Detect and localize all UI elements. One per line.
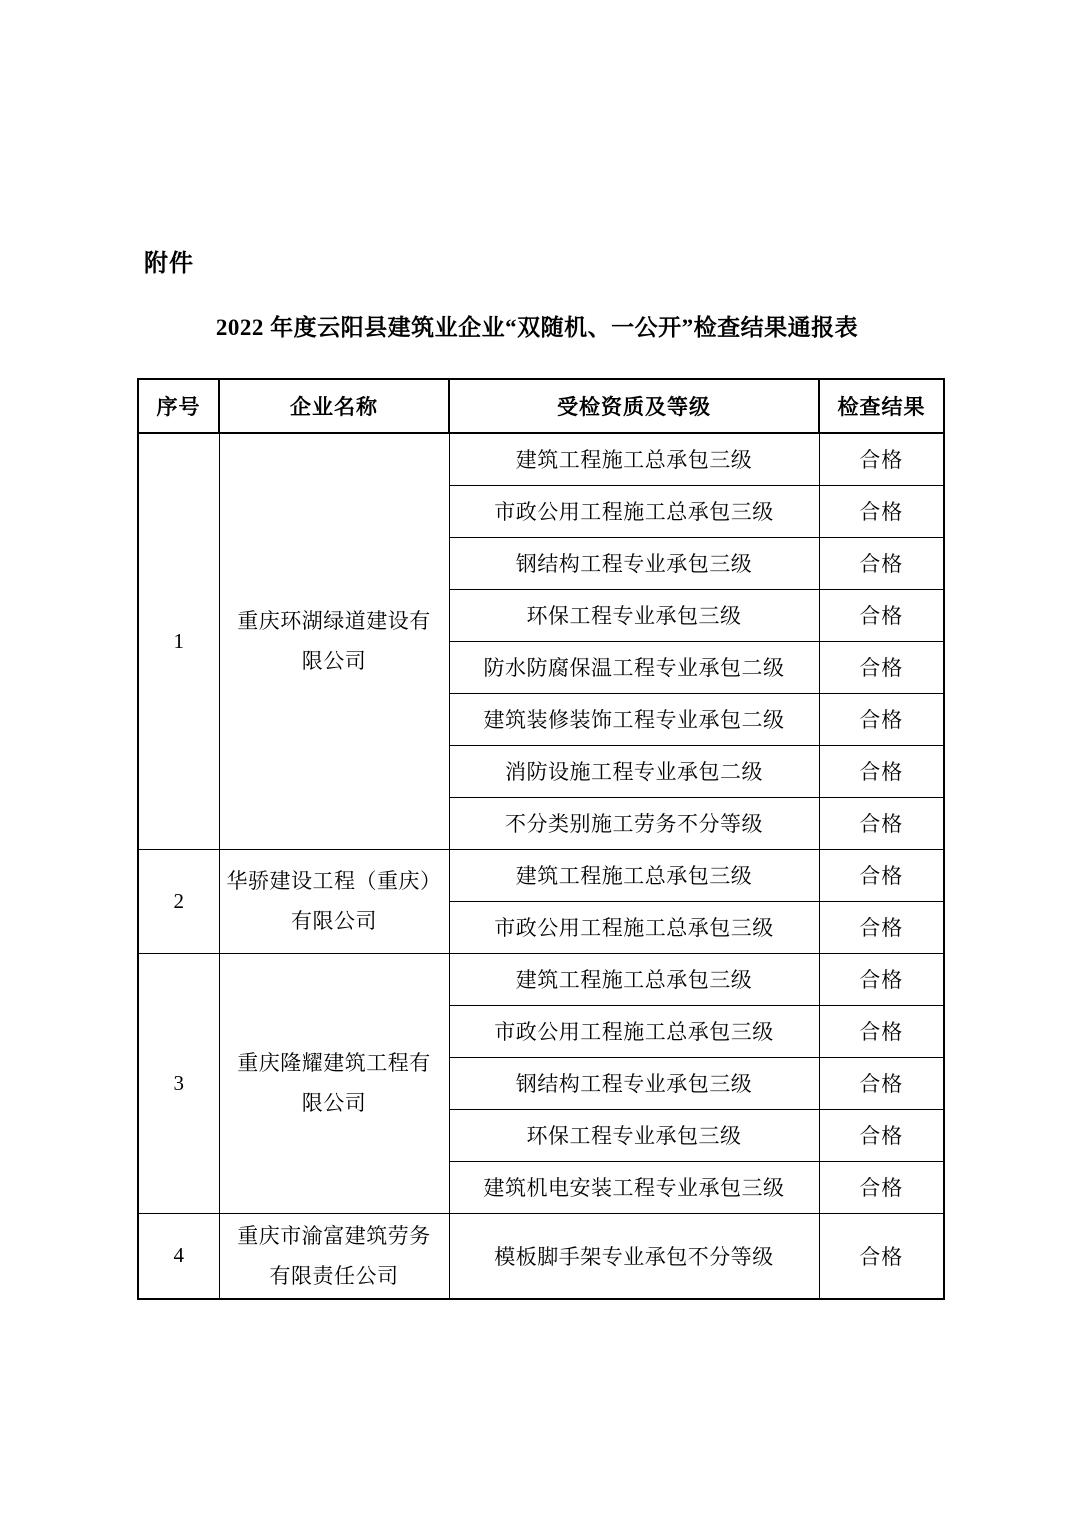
qualification-cell: 市政公用工程施工总承包三级 — [449, 485, 819, 537]
result-cell: 合格 — [819, 433, 944, 485]
qualification-cell: 市政公用工程施工总承包三级 — [449, 901, 819, 953]
qualification-cell: 不分类别施工劳务不分等级 — [449, 797, 819, 849]
serial-number-cell: 4 — [138, 1213, 219, 1299]
table-row: 1重庆环湖绿道建设有 限公司建筑工程施工总承包三级合格 — [138, 433, 944, 485]
table-row: 4重庆市渝富建筑劳务 有限责任公司模板脚手架专业承包不分等级合格 — [138, 1213, 944, 1299]
attachment-label: 附件 — [144, 243, 194, 278]
qualification-cell: 环保工程专业承包三级 — [449, 1109, 819, 1161]
result-cell: 合格 — [819, 1161, 944, 1213]
table-body: 1重庆环湖绿道建设有 限公司建筑工程施工总承包三级合格市政公用工程施工总承包三级… — [138, 433, 944, 1299]
column-header-company-name: 企业名称 — [219, 379, 449, 433]
column-header-result: 检查结果 — [819, 379, 944, 433]
company-name-cell: 重庆市渝富建筑劳务 有限责任公司 — [219, 1213, 449, 1299]
qualification-cell: 建筑工程施工总承包三级 — [449, 849, 819, 901]
serial-number-cell: 3 — [138, 953, 219, 1213]
qualification-cell: 模板脚手架专业承包不分等级 — [449, 1213, 819, 1299]
result-cell: 合格 — [819, 1213, 944, 1299]
inspection-results-table: 序号 企业名称 受检资质及等级 检查结果 1重庆环湖绿道建设有 限公司建筑工程施… — [137, 378, 945, 1300]
serial-number-cell: 2 — [138, 849, 219, 953]
company-name-cell: 重庆环湖绿道建设有 限公司 — [219, 433, 449, 849]
qualification-cell: 环保工程专业承包三级 — [449, 589, 819, 641]
result-cell: 合格 — [819, 1057, 944, 1109]
result-cell: 合格 — [819, 589, 944, 641]
table-row: 3重庆隆耀建筑工程有 限公司建筑工程施工总承包三级合格 — [138, 953, 944, 1005]
qualification-cell: 建筑工程施工总承包三级 — [449, 433, 819, 485]
qualification-cell: 建筑机电安装工程专业承包三级 — [449, 1161, 819, 1213]
result-cell: 合格 — [819, 849, 944, 901]
document-title: 2022 年度云阳县建筑业企业“双随机、一公开”检查结果通报表 — [0, 309, 1074, 342]
table-row: 序号 企业名称 受检资质及等级 检查结果 — [138, 379, 944, 433]
qualification-cell: 建筑工程施工总承包三级 — [449, 953, 819, 1005]
result-cell: 合格 — [819, 485, 944, 537]
result-cell: 合格 — [819, 1005, 944, 1057]
result-cell: 合格 — [819, 1109, 944, 1161]
result-cell: 合格 — [819, 537, 944, 589]
table-row: 2华骄建设工程（重庆） 有限公司建筑工程施工总承包三级合格 — [138, 849, 944, 901]
document-page: 附件 2022 年度云阳县建筑业企业“双随机、一公开”检查结果通报表 序号 企业… — [0, 0, 1074, 1520]
result-cell: 合格 — [819, 745, 944, 797]
qualification-cell: 钢结构工程专业承包三级 — [449, 1057, 819, 1109]
column-header-qualification: 受检资质及等级 — [449, 379, 819, 433]
result-cell: 合格 — [819, 641, 944, 693]
qualification-cell: 市政公用工程施工总承包三级 — [449, 1005, 819, 1057]
company-name-cell: 重庆隆耀建筑工程有 限公司 — [219, 953, 449, 1213]
qualification-cell: 防水防腐保温工程专业承包二级 — [449, 641, 819, 693]
column-header-serial-number: 序号 — [138, 379, 219, 433]
serial-number-cell: 1 — [138, 433, 219, 849]
qualification-cell: 消防设施工程专业承包二级 — [449, 745, 819, 797]
result-cell: 合格 — [819, 901, 944, 953]
result-cell: 合格 — [819, 797, 944, 849]
company-name-cell: 华骄建设工程（重庆） 有限公司 — [219, 849, 449, 953]
table-header-row: 序号 企业名称 受检资质及等级 检查结果 — [138, 379, 944, 433]
result-cell: 合格 — [819, 693, 944, 745]
qualification-cell: 建筑装修装饰工程专业承包二级 — [449, 693, 819, 745]
qualification-cell: 钢结构工程专业承包三级 — [449, 537, 819, 589]
result-cell: 合格 — [819, 953, 944, 1005]
